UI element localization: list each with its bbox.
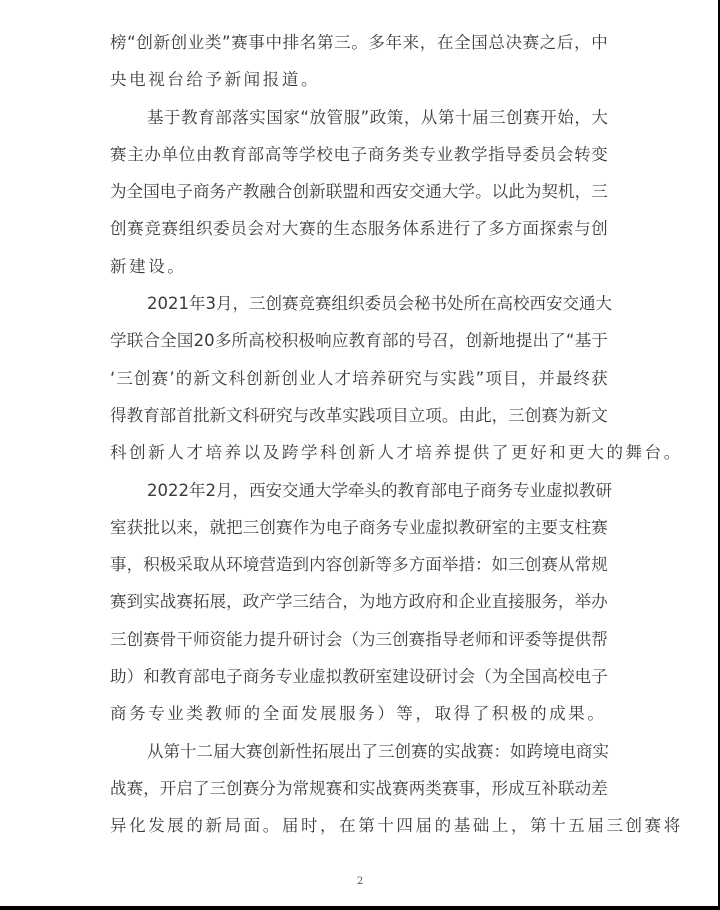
text-line: 央电视台给予新闻报道。 bbox=[110, 70, 608, 107]
text-line: 室获批以来，就把三创赛作为电子商务专业虚拟教研室的主要支柱赛 bbox=[110, 518, 608, 555]
text-line: 事，积极采取从环境营造到内容创新等多方面举措：如三创赛从常规 bbox=[110, 555, 608, 592]
body-text: 榜“创新创业类”赛事中排名第三。多年来，在全国总决赛之后，中央电视台给予新闻报道… bbox=[110, 33, 608, 854]
text-line: 助）和教育部电子商务专业虚拟教研室建设研讨会（为全国高校电子 bbox=[110, 667, 608, 704]
text-line: 科创新人才培养以及跨学科创新人才培养提供了更好和更大的舞台。 bbox=[110, 443, 608, 480]
document-page: 榜“创新创业类”赛事中排名第三。多年来，在全国总决赛之后，中央电视台给予新闻报道… bbox=[0, 0, 718, 906]
text-line: 2022年2月，西安交通大学牵头的教育部电子商务专业虚拟教研 bbox=[110, 481, 608, 518]
paragraph: 从第十二届大赛创新性拓展出了三创赛的实战赛：如跨境电商实战赛，开启了三创赛分为常… bbox=[110, 742, 608, 854]
paragraph: 2021年3月，三创赛竞赛组织委员会秘书处所在高校西安交通大学联合全国20多所高… bbox=[110, 294, 608, 480]
text-line: 榜“创新创业类”赛事中排名第三。多年来，在全国总决赛之后，中 bbox=[110, 33, 608, 70]
paragraph: 基于教育部落实国家“放管服”政策，从第十届三创赛开始，大赛主办单位由教育部高等学… bbox=[110, 108, 608, 294]
text-line: 基于教育部落实国家“放管服”政策，从第十届三创赛开始，大 bbox=[110, 108, 608, 145]
text-line: 赛主办单位由教育部高等学校电子商务类专业教学指导委员会转变 bbox=[110, 145, 608, 182]
text-line: 从第十二届大赛创新性拓展出了三创赛的实战赛：如跨境电商实 bbox=[110, 742, 608, 779]
text-line: 战赛，开启了三创赛分为常规赛和实战赛两类赛事，形成互补联动差 bbox=[110, 779, 608, 816]
text-line: 异化发展的新局面。届时，在第十四届的基础上，第十五届三创赛将 bbox=[110, 816, 608, 853]
text-line: 为全国电子商务产教融合创新联盟和西安交通大学。以此为契机，三 bbox=[110, 182, 608, 219]
text-line: 学联合全国20多所高校积极响应教育部的号召，创新地提出了“基于 bbox=[110, 331, 608, 368]
text-line: 商务专业类教师的全面发展服务）等，取得了积极的成果。 bbox=[110, 704, 608, 741]
paragraph: 榜“创新创业类”赛事中排名第三。多年来，在全国总决赛之后，中央电视台给予新闻报道… bbox=[110, 33, 608, 108]
text-line: 新建设。 bbox=[110, 257, 608, 294]
text-line: 三创赛骨干师资能力提升研讨会（为三创赛指导老师和评委等提供帮 bbox=[110, 630, 608, 667]
text-line: 得教育部首批新文科研究与改革实践项目立项。由此，三创赛为新文 bbox=[110, 406, 608, 443]
page-number: 2 bbox=[352, 876, 368, 887]
paragraph: 2022年2月，西安交通大学牵头的教育部电子商务专业虚拟教研室获批以来，就把三创… bbox=[110, 481, 608, 742]
text-line: 赛到实战赛拓展，政产学三结合，为地方政府和企业直接服务，举办 bbox=[110, 592, 608, 629]
text-line: 2021年3月，三创赛竞赛组织委员会秘书处所在高校西安交通大 bbox=[110, 294, 608, 331]
page-bottom-edge bbox=[0, 906, 720, 910]
text-line: ‘三创赛’的新文科创新创业人才培养研究与实践”项目，并最终获 bbox=[110, 369, 608, 406]
text-line: 创赛竞赛组织委员会对大赛的生态服务体系进行了多方面探索与创 bbox=[110, 219, 608, 256]
